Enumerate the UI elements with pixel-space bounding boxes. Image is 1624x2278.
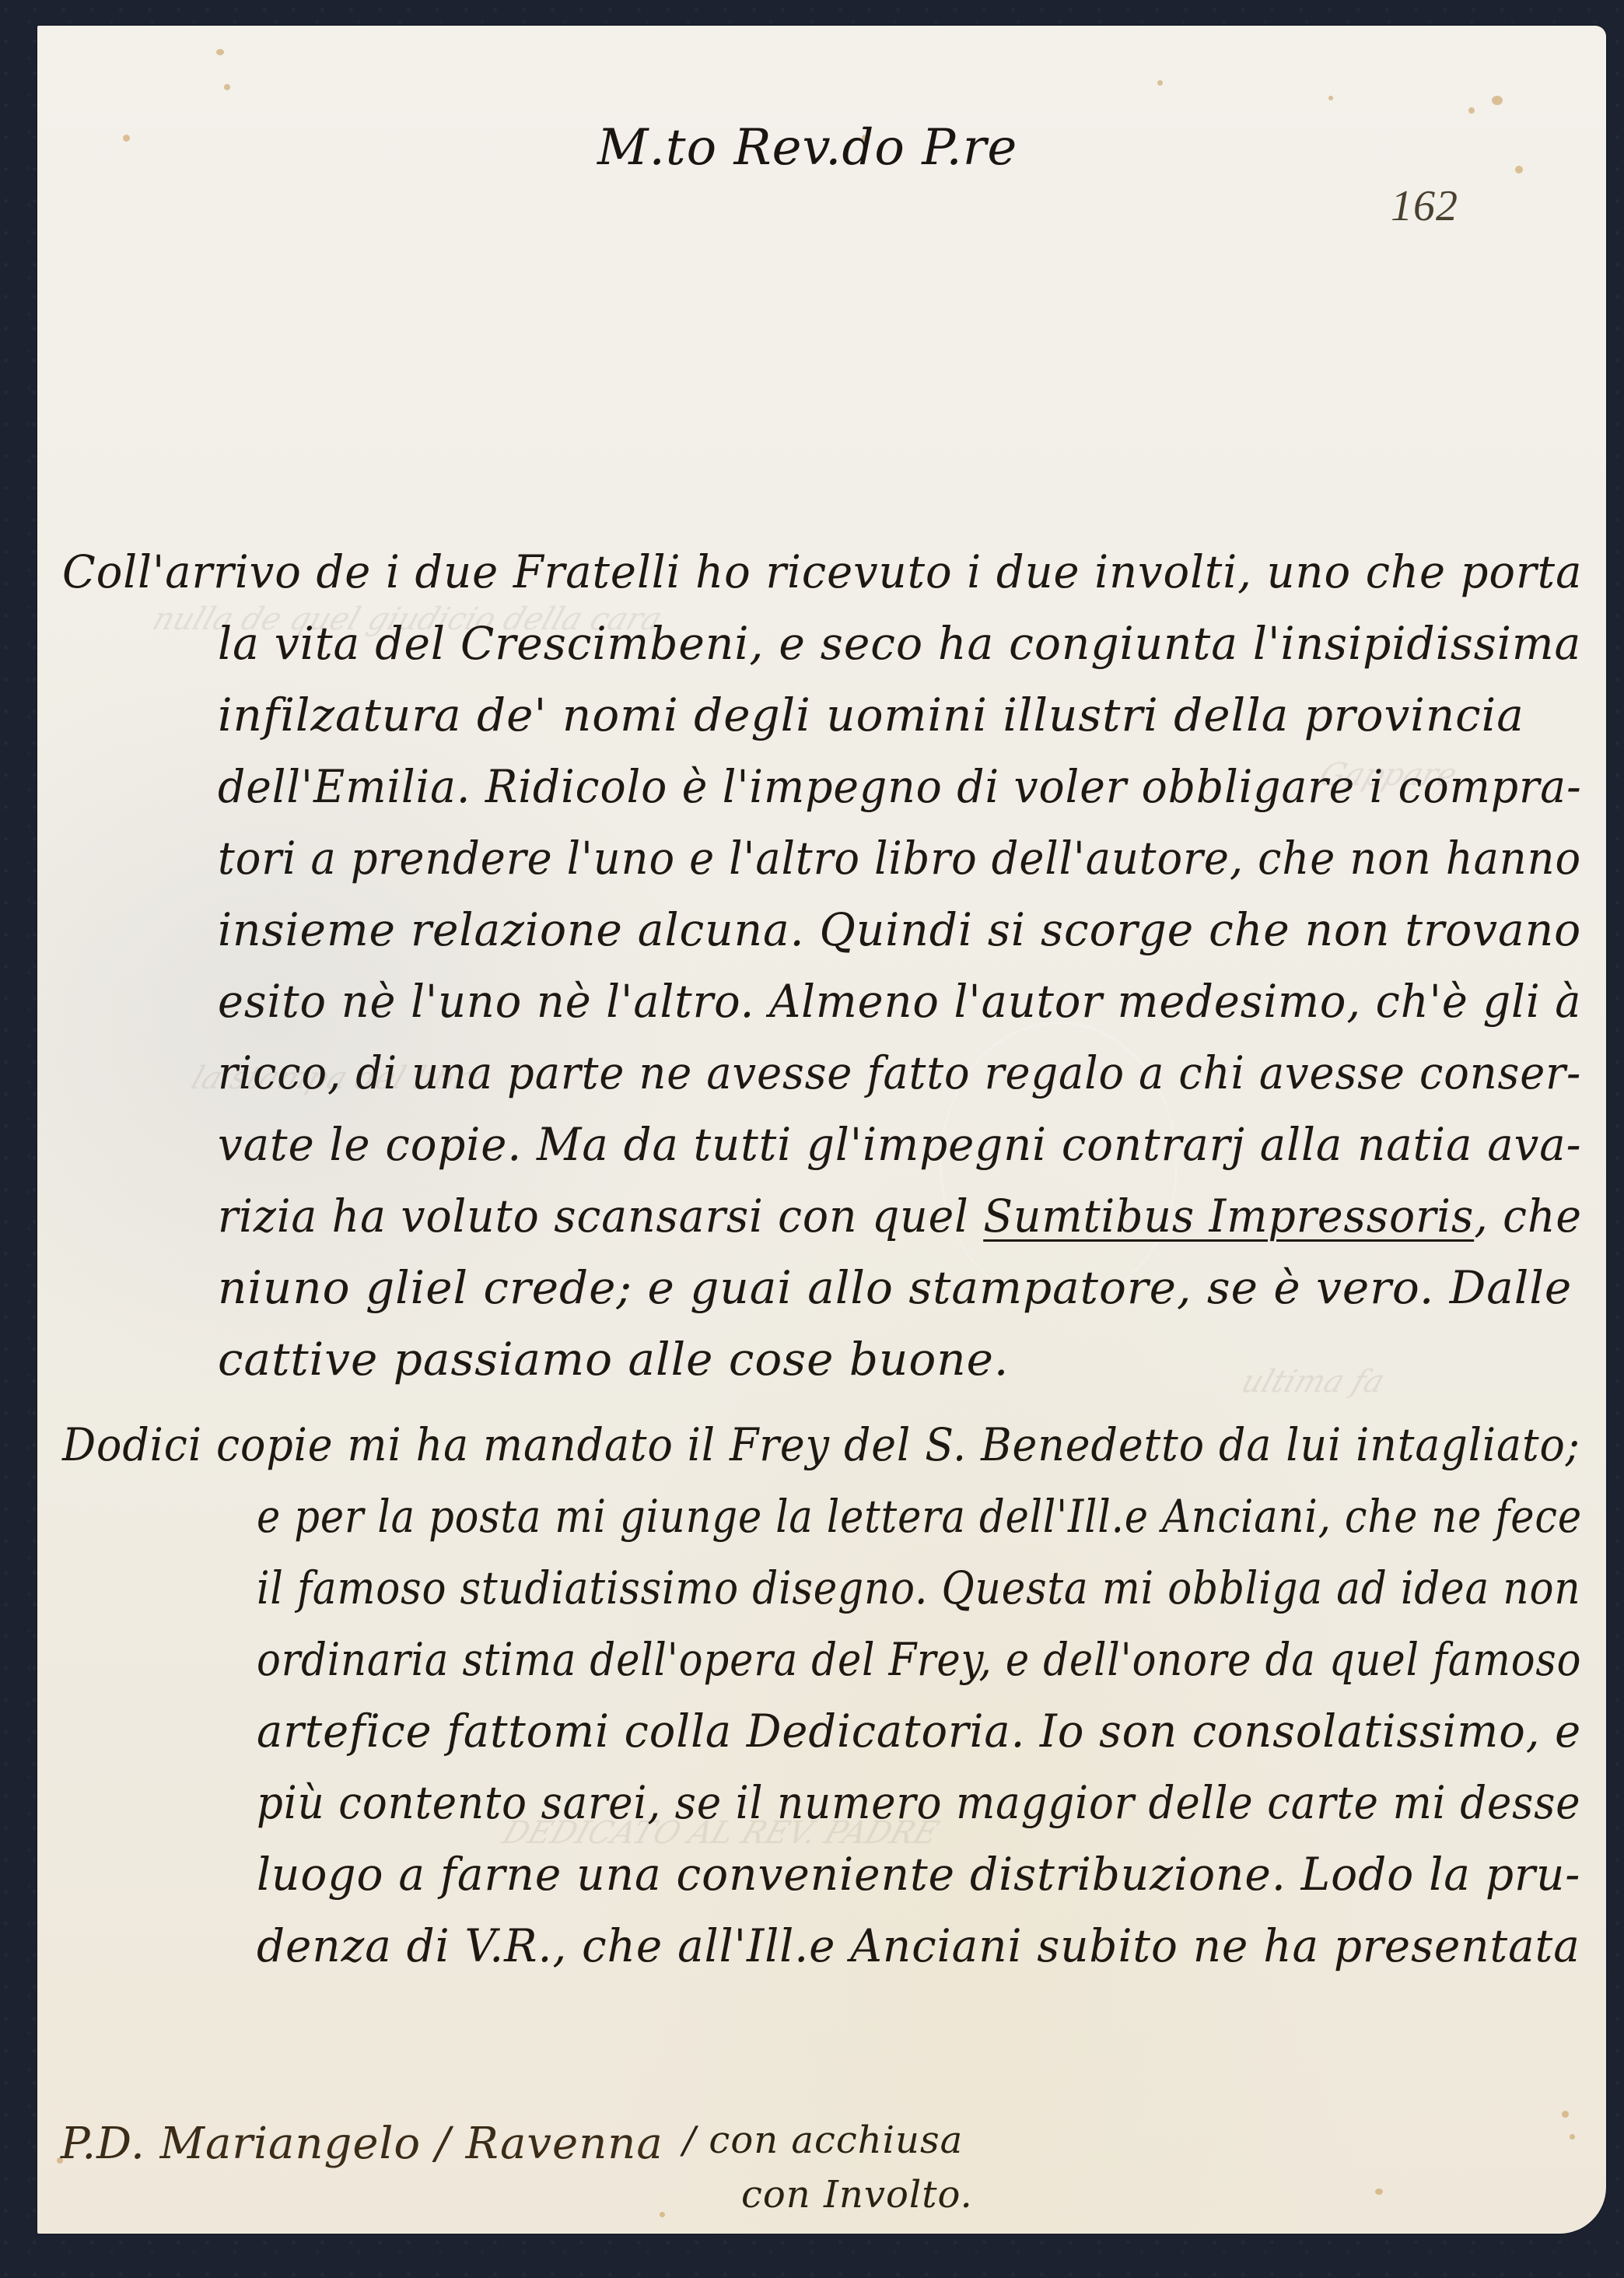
foxing-spot	[1492, 96, 1503, 105]
foxing-spot	[1515, 166, 1523, 173]
letter-line: il famoso studiatissimo disegno. Questa …	[257, 1561, 1580, 1614]
foxing-spot	[224, 84, 230, 90]
letter-line: tori a prendere l'uno e l'altro libro de…	[218, 832, 1581, 885]
bleed-through-text: ultima fa	[1237, 1364, 1390, 1400]
letter-line: esito nè l'uno nè l'altro. Almeno l'auto…	[218, 975, 1581, 1028]
salutation: M.to Rev.do P.re	[597, 119, 1017, 177]
letter-line: artefice fattomi colla Dedicatoria. Io s…	[257, 1705, 1581, 1758]
letter-line: insieme relazione alcuna. Quindi si scor…	[218, 903, 1581, 956]
letter-line: denza di V.R., che all'Ill.e Anciani sub…	[257, 1919, 1580, 1972]
letter-line: luogo a farne una conveniente distribuzi…	[257, 1848, 1580, 1901]
foxing-spot	[660, 2212, 665, 2217]
foxing-spot	[1375, 2189, 1383, 2195]
letter-line-text: rizia ha voluto scansarsi con quel	[218, 1190, 983, 1242]
letter-line: ricco, di una parte ne avesse fatto rega…	[218, 1046, 1581, 1099]
letter-line: ordinaria stima dell'opera del Frey, e d…	[257, 1633, 1581, 1686]
letter-sheet: nulla de quel giudicio della cara Gappar…	[37, 26, 1606, 2234]
foxing-spot	[1328, 96, 1333, 100]
foxing-spot	[1157, 80, 1163, 86]
letter-line: niuno gliel crede; e guai allo stampator…	[218, 1261, 1572, 1314]
letter-line: e per la posta mi giunge la lettera dell…	[257, 1490, 1582, 1543]
letter-line: più contento sarei, se il numero maggior…	[257, 1776, 1581, 1829]
enclosure-note: / con acchiusa	[683, 2119, 963, 2162]
foxing-spot	[123, 135, 130, 142]
letter-line: la vita del Crescimbeni, e seco ha congi…	[218, 617, 1581, 670]
foxing-spot	[1570, 2134, 1575, 2140]
letter-line: vate le copie. Ma da tutti gl'impegni co…	[218, 1118, 1582, 1171]
letter-line: rizia ha voluto scansarsi con quel Sumti…	[218, 1190, 1582, 1242]
recipient-address: P.D. Mariangelo / Ravenna	[61, 2119, 663, 2169]
underlined-phrase: Sumtibus Impressoris	[983, 1190, 1474, 1242]
letter-line: Dodici copie mi ha mandato il Frey del S…	[62, 1418, 1580, 1471]
letter-line: infilzatura de' nomi degli uomini illust…	[218, 689, 1524, 741]
enclosure-note: con Involto.	[741, 2173, 973, 2217]
letter-line-text: , che	[1474, 1190, 1582, 1242]
foxing-spot	[1562, 2111, 1569, 2118]
foxing-spot	[1468, 107, 1475, 114]
letter-line: cattive passiamo alle cose buone.	[218, 1333, 1009, 1386]
letter-line: dell'Emilia. Ridicolo è l'impegno di vol…	[218, 760, 1582, 813]
folio-number: 162	[1391, 181, 1458, 231]
letter-line: Coll'arrivo de i due Fratelli ho ricevut…	[62, 545, 1582, 598]
foxing-spot	[216, 49, 224, 55]
